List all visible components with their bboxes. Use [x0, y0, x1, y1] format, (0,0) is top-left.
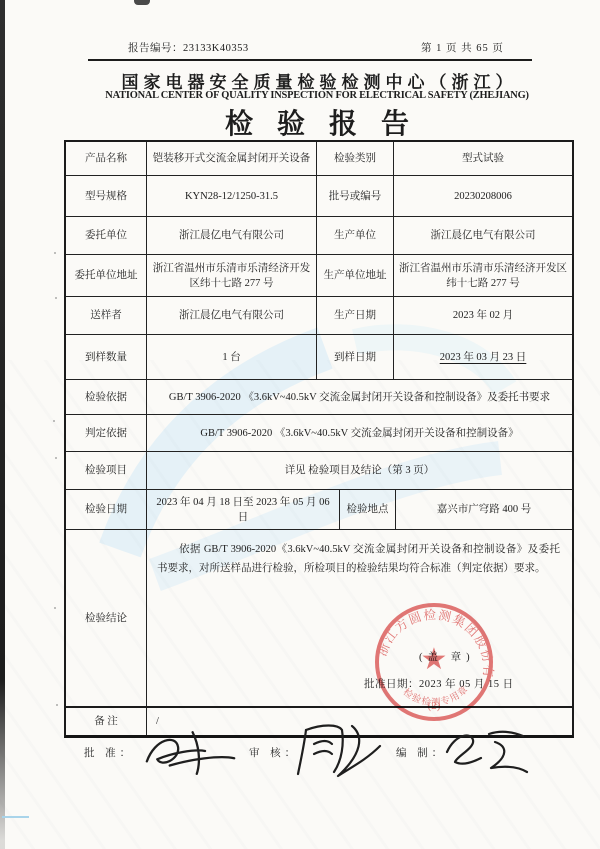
field-value: 2023 年 02 月 [394, 297, 572, 334]
seal-placeholder-label: (盖 章) [419, 650, 475, 665]
reviewer-signature [292, 720, 387, 780]
scanned-inspection-report: { "header": { "report_no_label": "报告编号："… [0, 0, 600, 849]
approve-date: 批准日期：2023 年 05 月 15 日 [364, 677, 514, 692]
scan-dot [55, 297, 57, 299]
field-value: 1 台 [147, 335, 317, 379]
header-rule [88, 59, 532, 61]
table-row: 到样数量 1 台 到样日期 2023 年 03 月 23 日 [66, 335, 572, 380]
field-label: 委托单位地址 [66, 255, 147, 296]
table-row: 判定依据 GB/T 3906-2020 《3.6kV~40.5kV 交流金属封闭… [66, 415, 572, 452]
field-value: 浙江晨亿电气有限公司 [394, 217, 572, 254]
field-label: 到样数量 [66, 335, 147, 379]
field-label: 生产单位 [317, 217, 394, 254]
field-value: 浙江省温州市乐清市乐清经济开发区纬十七路 277 号 [394, 255, 572, 296]
field-value: 浙江省温州市乐清市乐清经济开发区纬十七路 277 号 [147, 255, 317, 296]
field-value: 2023 年 03 月 23 日 [394, 335, 572, 379]
field-label: 到样日期 [317, 335, 394, 379]
org-title-en: NATIONAL CENTER OF QUALITY INSPECTION FO… [64, 90, 570, 101]
scan-artifact-mark [134, 0, 150, 5]
scan-dot [53, 420, 55, 422]
scan-blue-line [2, 816, 29, 818]
table-row: 型号规格 KYN28-12/1250-31.5 批号或编号 2023020800… [66, 176, 572, 217]
scan-dot [56, 704, 58, 706]
field-value: 浙江晨亿电气有限公司 [147, 217, 317, 254]
scan-dot [54, 252, 56, 254]
field-label: 送样者 [66, 297, 147, 334]
table-row: 检验依据 GB/T 3906-2020 《3.6kV~40.5kV 交流金属封闭… [66, 380, 572, 415]
field-value: 浙江晨亿电气有限公司 [147, 297, 317, 334]
report-number-label: 报告编号： [128, 43, 183, 54]
approve-date-value: 2023 年 05 月 15 日 [419, 679, 514, 690]
field-value: 铠装移开式交流金属封闭开关设备 [147, 142, 317, 175]
table-row: 委托单位地址 浙江省温州市乐清市乐清经济开发区纬十七路 277 号 生产单位地址… [66, 255, 572, 297]
report-number-value: 23133K40353 [183, 43, 249, 54]
table-row: 送样者 浙江晨亿电气有限公司 生产日期 2023 年 02 月 [66, 297, 572, 335]
approve-label: 批 准： [84, 745, 134, 760]
scan-dot [54, 607, 56, 609]
document-title: 检验报告 [64, 102, 570, 142]
field-label: 检验地点 [340, 490, 396, 529]
field-label: 委托单位 [66, 217, 147, 254]
scan-dot [55, 457, 57, 459]
field-label: 型号规格 [66, 176, 147, 216]
field-label: 检验结论 [66, 530, 147, 706]
page-indicator: 第 1 页 共 65 页 [421, 40, 504, 55]
table-row: 检验日期 2023 年 04 月 18 日至 2023 年 05 月 06 日 … [66, 490, 572, 530]
table-row: 检验项目 详见 检验项目及结论（第 3 页） [66, 452, 572, 490]
field-label: 判定依据 [66, 415, 147, 451]
field-label: 检验类别 [317, 142, 394, 175]
field-label: 检验项目 [66, 452, 147, 489]
scan-edge-strip [0, 0, 5, 849]
field-value: 20230208006 [394, 176, 572, 216]
field-value: KYN28-12/1250-31.5 [147, 176, 317, 216]
field-label: 生产单位地址 [317, 255, 394, 296]
field-label: 批号或编号 [317, 176, 394, 216]
table-row-conclusion: 检验结论 依据 GB/T 3906-2020《3.6kV~40.5kV 交流金属… [66, 530, 572, 708]
field-label: 检验日期 [66, 490, 147, 529]
field-value: 嘉兴市广穹路 400 号 [396, 490, 572, 529]
field-label: 产品名称 [66, 142, 147, 175]
field-label: 检验依据 [66, 380, 147, 414]
field-value: 2023 年 04 月 18 日至 2023 年 05 月 06 日 [147, 490, 340, 529]
field-label: 生产日期 [317, 297, 394, 334]
field-value: GB/T 3906-2020 《3.6kV~40.5kV 交流金属封闭开关设备和… [147, 380, 572, 414]
approver-signature [140, 726, 240, 778]
conclusion-text: 依据 GB/T 3906-2020《3.6kV~40.5kV 交流金属封闭开关设… [157, 540, 560, 578]
report-table: 产品名称 铠装移开式交流金属封闭开关设备 检验类别 型式试验 型号规格 KYN2… [64, 140, 574, 738]
report-number: 报告编号：23133K40353 [128, 40, 249, 55]
table-row: 委托单位 浙江晨亿电气有限公司 生产单位 浙江晨亿电气有限公司 [66, 217, 572, 255]
table-row: 产品名称 铠装移开式交流金属封闭开关设备 检验类别 型式试验 [66, 142, 572, 176]
preparer-signature [437, 722, 532, 777]
conclusion-cell: 依据 GB/T 3906-2020《3.6kV~40.5kV 交流金属封闭开关设… [147, 530, 572, 706]
field-label: 备 注 [66, 708, 147, 735]
field-value: 型式试验 [394, 142, 572, 175]
field-value: 详见 检验项目及结论（第 3 页） [147, 452, 572, 489]
approve-date-label: 批准日期： [364, 679, 419, 690]
field-value: GB/T 3906-2020 《3.6kV~40.5kV 交流金属封闭开关设备和… [147, 415, 572, 451]
